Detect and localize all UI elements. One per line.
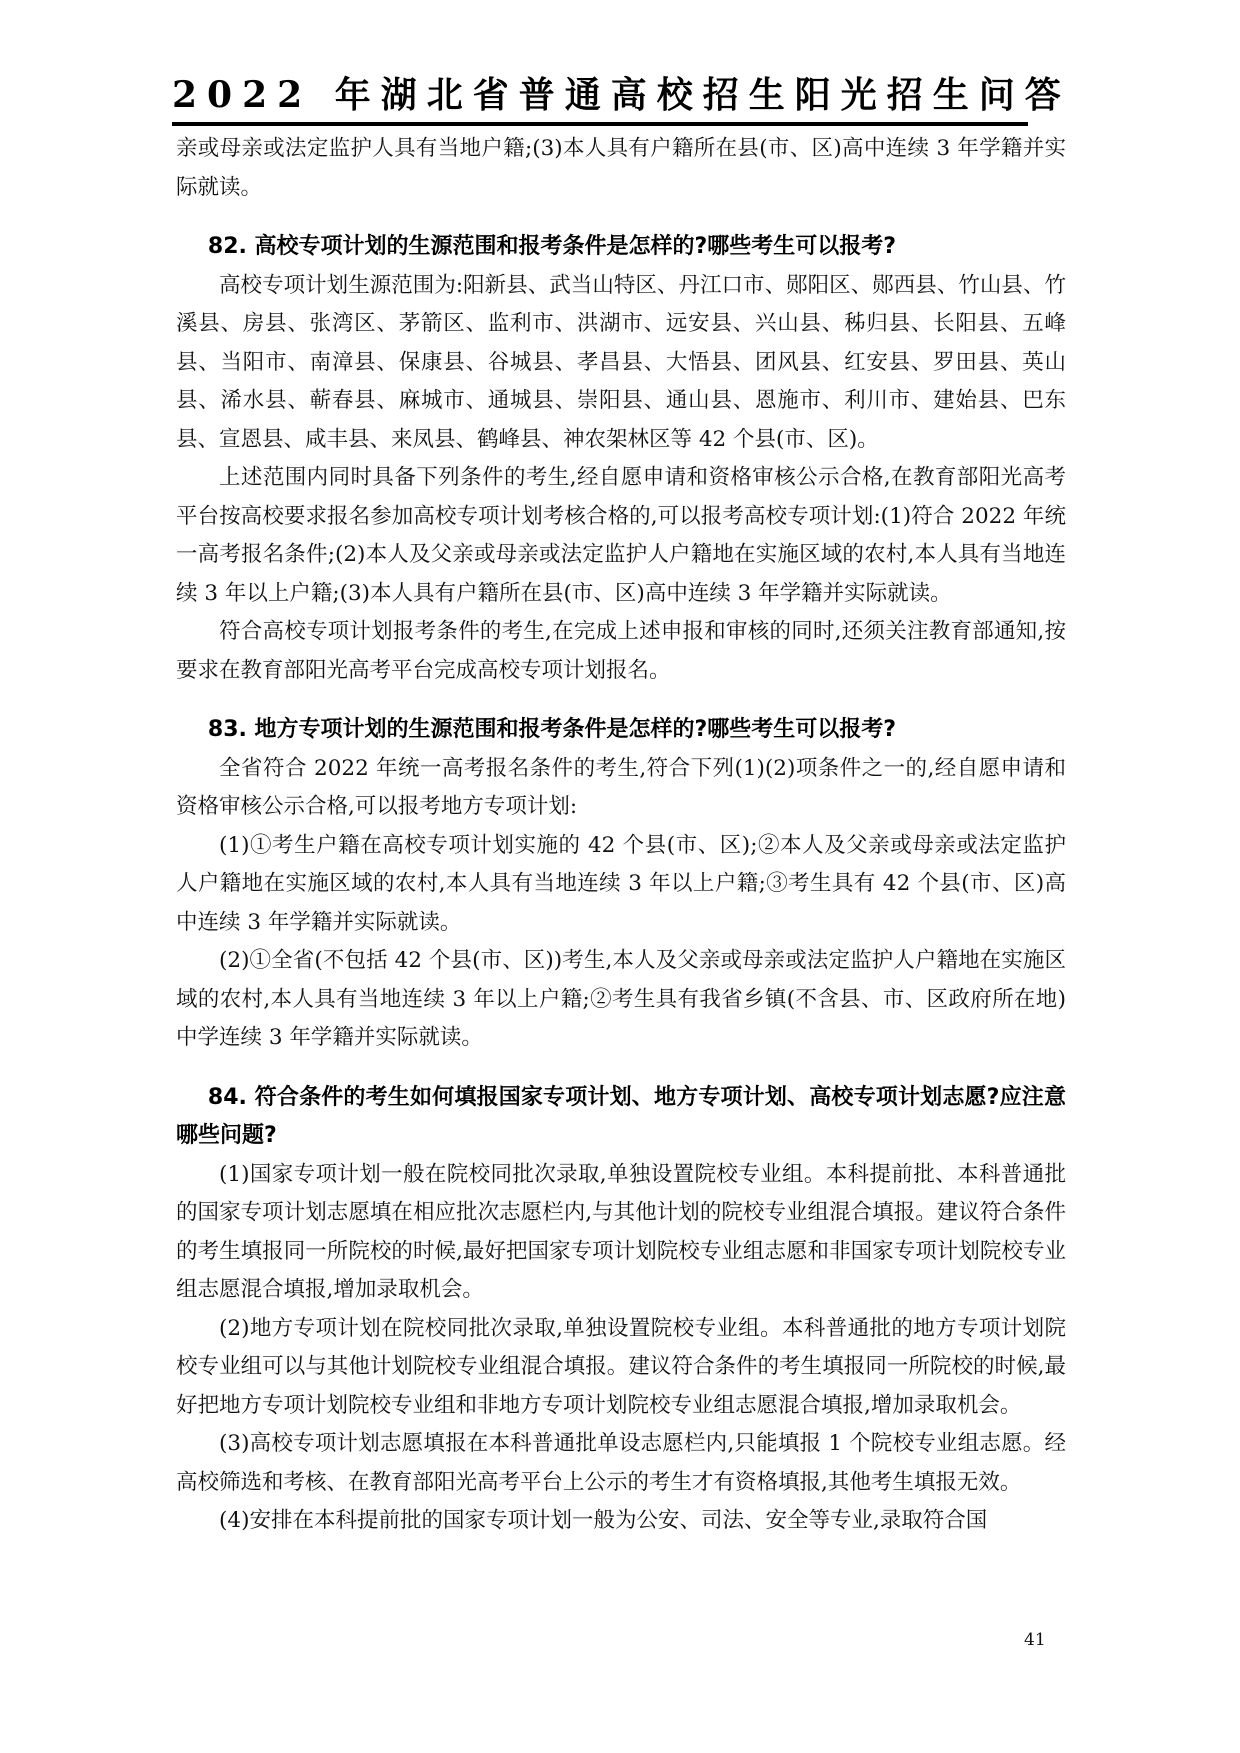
- paragraph: (2)①全省(不包括 42 个县(市、区))考生,本人及父亲或母亲或法定监护人户…: [176, 942, 1066, 1058]
- section-heading-83: 83. 地方专项计划的生源范围和报考条件是怎样的?哪些考生可以报考?: [176, 711, 1066, 750]
- paragraph: 上述范围内同时具备下列条件的考生,经自愿申请和资格审核公示合格,在教育部阳光高考…: [176, 459, 1066, 613]
- paragraph-continuation: 亲或母亲或法定监护人具有当地户籍;(3)本人具有户籍所在县(市、区)高中连续 3…: [176, 130, 1066, 207]
- document-page: 2022 年湖北省普通高校招生阳光招生问答 亲或母亲或法定监护人具有当地户籍;(…: [0, 0, 1240, 1753]
- paragraph: (1)国家专项计划一般在院校同批次录取,单独设置院校专业组。本科提前批、本科普通…: [176, 1156, 1066, 1310]
- paragraph: 全省符合 2022 年统一高考报名条件的考生,符合下列(1)(2)项条件之一的,…: [176, 750, 1066, 827]
- section-heading-84: 84. 符合条件的考生如何填报国家专项计划、地方专项计划、高校专项计划志愿?应注…: [176, 1079, 1066, 1156]
- document-body: 亲或母亲或法定监护人具有当地户籍;(3)本人具有户籍所在县(市、区)高中连续 3…: [176, 130, 1066, 1541]
- paragraph: (1)①考生户籍在高校专项计划实施的 42 个县(市、区);②本人及父亲或母亲或…: [176, 827, 1066, 943]
- paragraph: (4)安排在本科提前批的国家专项计划一般为公安、司法、安全等专业,录取符合国: [176, 1502, 1066, 1541]
- header-title: 2022 年湖北省普通高校招生阳光招生问答: [172, 70, 1028, 120]
- paragraph: 符合高校专项计划报考条件的考生,在完成上述申报和审核的同时,还须关注教育部通知,…: [176, 613, 1066, 690]
- section-heading-82: 82. 高校专项计划的生源范围和报考条件是怎样的?哪些考生可以报考?: [176, 228, 1066, 267]
- paragraph: (3)高校专项计划志愿填报在本科普通批单设志愿栏内,只能填报 1 个院校专业组志…: [176, 1425, 1066, 1502]
- paragraph: 高校专项计划生源范围为:阳新县、武当山特区、丹江口市、郧阳区、郧西县、竹山县、竹…: [176, 267, 1066, 460]
- page-header: 2022 年湖北省普通高校招生阳光招生问答: [172, 70, 1028, 126]
- page-number: 41: [1024, 1630, 1046, 1650]
- paragraph: (2)地方专项计划在院校同批次录取,单独设置院校专业组。本科普通批的地方专项计划…: [176, 1310, 1066, 1426]
